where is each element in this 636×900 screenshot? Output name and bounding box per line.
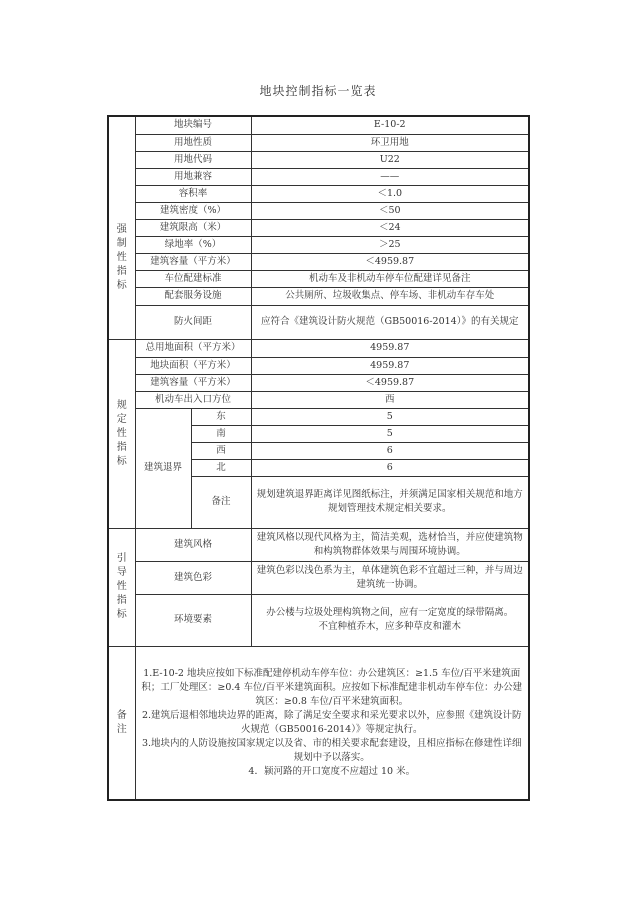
row-label: 配套服务设施 xyxy=(135,287,251,305)
section-char: 性 xyxy=(111,427,133,441)
table-row: 用地代码 U22 xyxy=(108,151,529,168)
row-label: 建筑色彩 xyxy=(135,561,251,594)
row-label: 绿地率（%） xyxy=(135,236,251,253)
section-char: 强 xyxy=(111,223,133,237)
row-value: —— xyxy=(251,168,529,185)
table-row: 建筑容量（平方米） ＜4959.87 xyxy=(108,253,529,270)
row-value: 环卫用地 xyxy=(251,134,529,151)
section-char: 引 xyxy=(111,552,133,566)
remark-item: 1.E-10-2 地块应按如下标准配建停机动车停车位：办公建筑区：≥1.5 车位… xyxy=(138,667,527,709)
row-value: ＞25 xyxy=(251,236,529,253)
row-value: ＜4959.87 xyxy=(251,253,529,270)
control-indicator-table: 强 制 性 指 标 地块编号 E-10-2 用地性质 环卫用地 用地代码 U22… xyxy=(107,115,530,801)
table-row: 用地性质 环卫用地 xyxy=(108,134,529,151)
remark-item: 3.地块内的人防设施按国家规定以及省、市的相关要求配套建设，且相应指标在修建性详… xyxy=(138,737,527,765)
row-label: 地块面积（平方米） xyxy=(135,357,251,374)
section-char: 指 xyxy=(111,265,133,279)
row-label: 车位配建标准 xyxy=(135,270,251,287)
table-row: 容积率 ＜1.0 xyxy=(108,185,529,202)
table-row: 引 导 性 指 标 建筑风格 建筑风格以现代风格为主，简洁美观，选材恰当，并应使… xyxy=(108,528,529,561)
row-label: 建筑容量（平方米） xyxy=(135,374,251,391)
row-label: 容积率 xyxy=(135,185,251,202)
section-char: 标 xyxy=(111,279,133,293)
section-char: 标 xyxy=(111,455,133,469)
setback-note: 规划建筑退界距离详见图纸标注，并须满足国家相关规范和地方规划管理技术规定相关要求… xyxy=(251,476,529,528)
setback-direction: 南 xyxy=(191,425,251,442)
row-value: 4959.87 xyxy=(251,357,529,374)
row-label: 用地性质 xyxy=(135,134,251,151)
row-label: 建筑限高（米） xyxy=(135,219,251,236)
table-row: 车位配建标准 机动车及非机动车停车位配建详见备注 xyxy=(108,270,529,287)
table-row: 绿地率（%） ＞25 xyxy=(108,236,529,253)
section-label-remarks: 备 注 xyxy=(108,646,135,800)
row-value: 应符合《建筑设计防火规范（GB50016-2014）》的有关规定 xyxy=(251,305,529,339)
section-label-mandatory: 强 制 性 指 标 xyxy=(108,116,135,339)
row-value: ＜24 xyxy=(251,219,529,236)
row-label: 建筑密度（%） xyxy=(135,202,251,219)
row-value: 机动车及非机动车停车位配建详见备注 xyxy=(251,270,529,287)
table-row: 建筑色彩 建筑色彩以浅色系为主，单体建筑色彩不宜超过三种，并与周边建筑统一协调。 xyxy=(108,561,529,594)
setback-label: 建筑退界 xyxy=(135,408,191,528)
table-row: 用地兼容 —— xyxy=(108,168,529,185)
table-row: 强 制 性 指 标 地块编号 E-10-2 xyxy=(108,116,529,134)
setback-direction: 西 xyxy=(191,442,251,459)
row-value: ＜50 xyxy=(251,202,529,219)
setback-direction: 东 xyxy=(191,408,251,425)
row-label: 用地兼容 xyxy=(135,168,251,185)
section-char: 指 xyxy=(111,441,133,455)
table-row: 防火间距 应符合《建筑设计防火规范（GB50016-2014）》的有关规定 xyxy=(108,305,529,339)
section-char: 标 xyxy=(111,608,133,622)
table-row: 配套服务设施 公共厕所、垃圾收集点、停车场、非机动车存车处 xyxy=(108,287,529,305)
table-row: 环境要素 办公楼与垃圾处理构筑物之间，应有一定宽度的绿带隔离。 不宜种植乔木，应… xyxy=(108,594,529,646)
section-char: 定 xyxy=(111,413,133,427)
row-value: E-10-2 xyxy=(251,116,529,134)
row-label: 地块编号 xyxy=(135,116,251,134)
row-value: ＜1.0 xyxy=(251,185,529,202)
row-label: 机动车出入口方位 xyxy=(135,391,251,408)
environment-text: 办公楼与垃圾处理构筑物之间，应有一定宽度的绿带隔离。 xyxy=(254,606,527,620)
section-char: 规 xyxy=(111,399,133,413)
section-label-regulatory: 规 定 性 指 标 xyxy=(108,339,135,528)
section-char: 注 xyxy=(111,723,133,737)
section-char: 备 xyxy=(111,709,133,723)
remark-item: 2.建筑后退相邻地块边界的距离，除了满足安全要求和采光要求以外，应参照《建筑设计… xyxy=(138,709,527,737)
table-row: 地块面积（平方米） 4959.87 xyxy=(108,357,529,374)
section-char: 性 xyxy=(111,251,133,265)
remarks-content: 1.E-10-2 地块应按如下标准配建停机动车停车位：办公建筑区：≥1.5 车位… xyxy=(135,646,529,800)
table-row: 规 定 性 指 标 总用地面积（平方米） 4959.87 xyxy=(108,339,529,357)
setback-value: 6 xyxy=(251,459,529,476)
row-value: 公共厕所、垃圾收集点、停车场、非机动车存车处 xyxy=(251,287,529,305)
setback-note-label: 备注 xyxy=(191,476,251,528)
row-value: 建筑色彩以浅色系为主，单体建筑色彩不宜超过三种，并与周边建筑统一协调。 xyxy=(251,561,529,594)
setback-value: 5 xyxy=(251,425,529,442)
document-title: 地块控制指标一览表 xyxy=(0,82,636,99)
table-row: 建筑限高（米） ＜24 xyxy=(108,219,529,236)
section-char: 导 xyxy=(111,566,133,580)
row-label: 用地代码 xyxy=(135,151,251,168)
setback-value: 5 xyxy=(251,408,529,425)
row-value: ＜4959.87 xyxy=(251,374,529,391)
section-char: 指 xyxy=(111,594,133,608)
table-row: 建筑容量（平方米） ＜4959.87 xyxy=(108,374,529,391)
table-row: 建筑退界 东 5 xyxy=(108,408,529,425)
section-char: 制 xyxy=(111,237,133,251)
setback-direction: 北 xyxy=(191,459,251,476)
row-value: 西 xyxy=(251,391,529,408)
section-label-guiding: 引 导 性 指 标 xyxy=(108,528,135,646)
row-label: 总用地面积（平方米） xyxy=(135,339,251,357)
table-row: 机动车出入口方位 西 xyxy=(108,391,529,408)
row-value: 办公楼与垃圾处理构筑物之间，应有一定宽度的绿带隔离。 不宜种植乔木，应多种草皮和… xyxy=(251,594,529,646)
section-char: 性 xyxy=(111,580,133,594)
setback-value: 6 xyxy=(251,442,529,459)
row-label: 建筑风格 xyxy=(135,528,251,561)
remark-item: 4．颍河路的开口宽度不应超过 10 米。 xyxy=(138,765,527,779)
table-row: 建筑密度（%） ＜50 xyxy=(108,202,529,219)
row-label: 防火间距 xyxy=(135,305,251,339)
row-label: 环境要素 xyxy=(135,594,251,646)
table-row: 备 注 1.E-10-2 地块应按如下标准配建停机动车停车位：办公建筑区：≥1.… xyxy=(108,646,529,800)
row-label: 建筑容量（平方米） xyxy=(135,253,251,270)
row-value: 建筑风格以现代风格为主，简洁美观，选材恰当，并应使建筑物和构筑物群体效果与周围环… xyxy=(251,528,529,561)
environment-text-2: 不宜种植乔木，应多种草皮和灌木 xyxy=(254,620,527,634)
row-value: U22 xyxy=(251,151,529,168)
row-value: 4959.87 xyxy=(251,339,529,357)
